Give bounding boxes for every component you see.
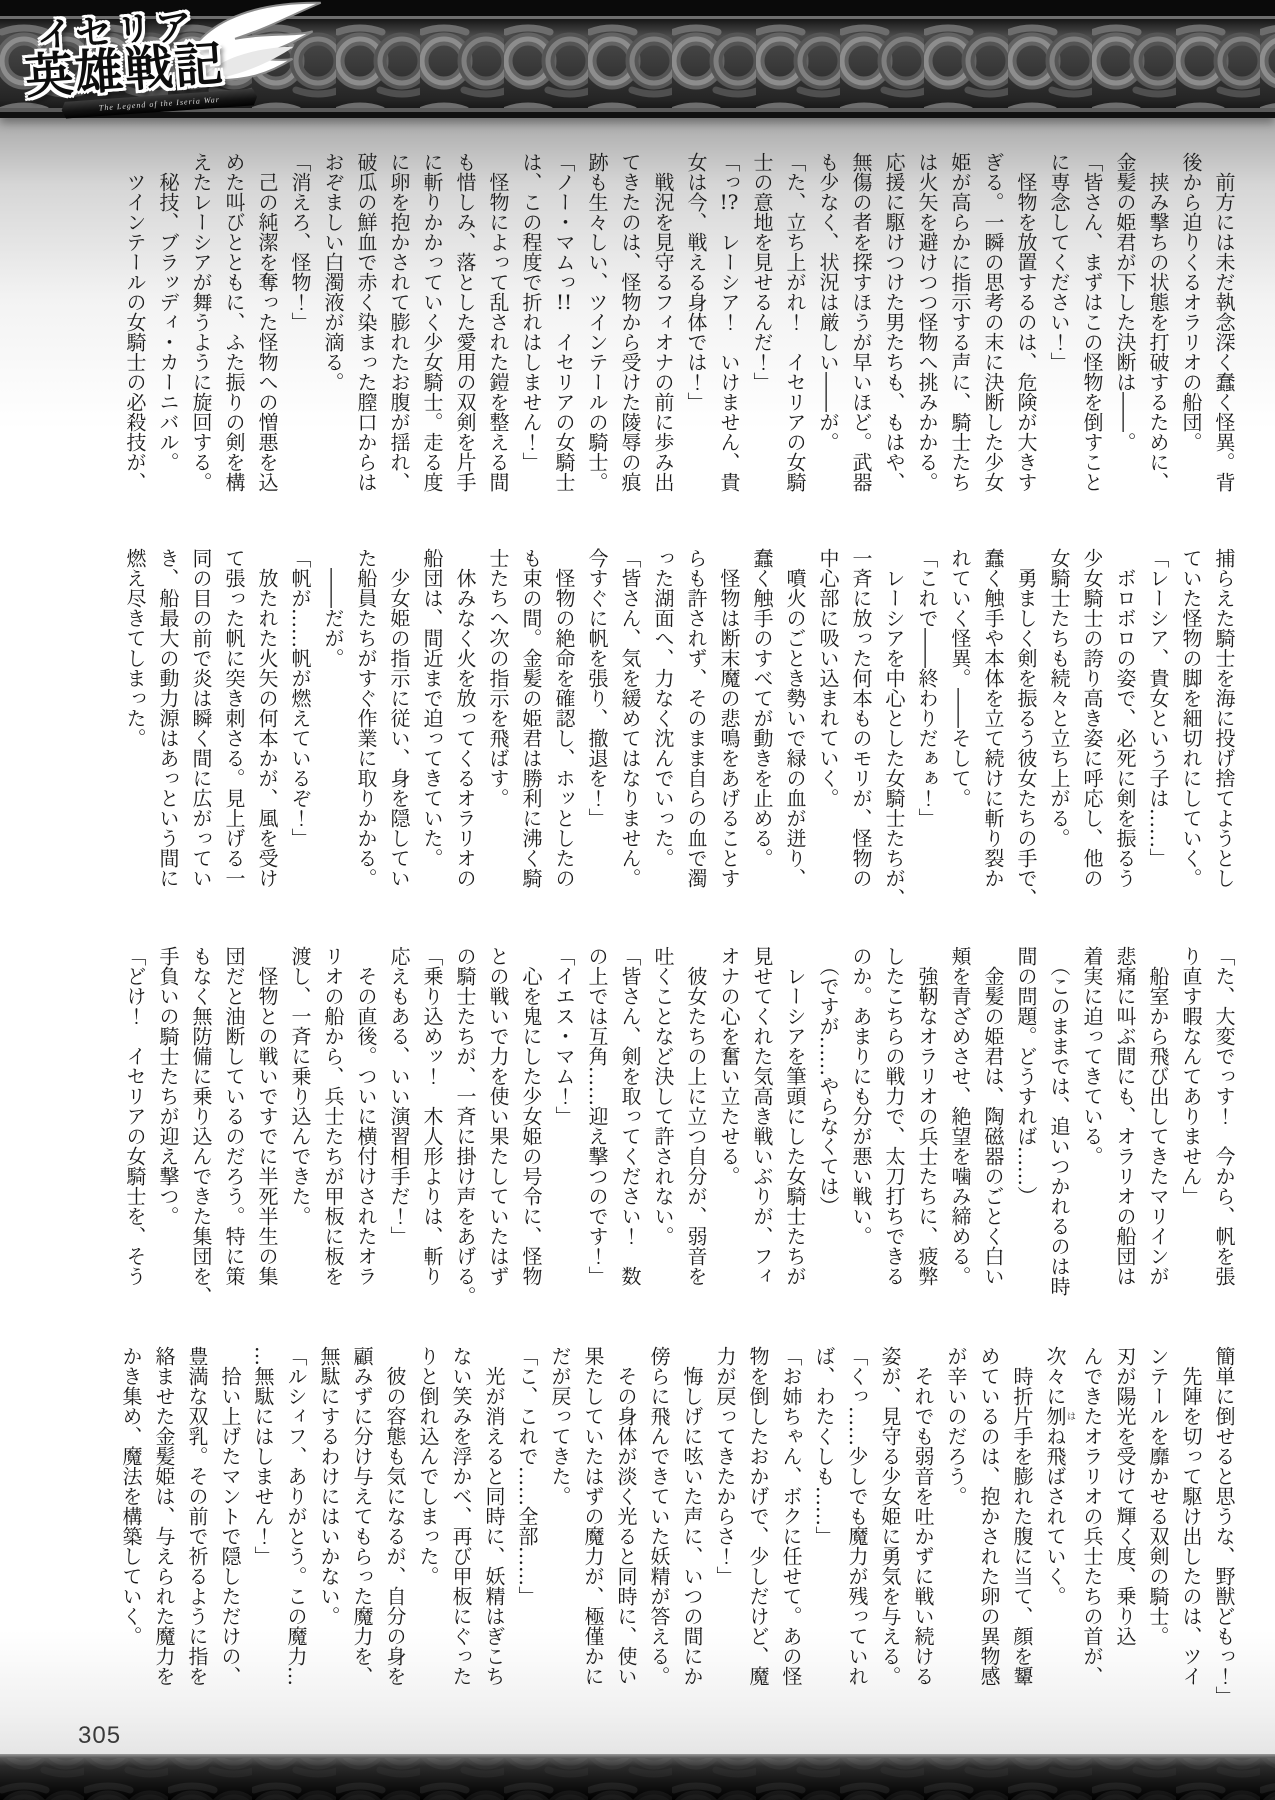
- text-column: だが戻ってきた。: [543, 1346, 576, 1714]
- text-column: らも許されず、そのまま自らの血で濁: [679, 548, 712, 916]
- text-column: れていく怪異。――そして。: [943, 548, 976, 916]
- text-column: 「皆さん、気を緩めてはなりません。: [613, 548, 646, 916]
- text-column: レーシアを中心とした女騎士たちが、: [877, 548, 910, 916]
- text-column: 応援に駆けつけた男たちも、もはや、: [877, 152, 910, 520]
- text-column: 彼女たちの上に立つ自分が、弱音を: [679, 946, 712, 1314]
- text-column: 中心部に吸い込まれていく。: [811, 548, 844, 916]
- text-band-2: 捕らえた騎士を海に投げ捨てようとしていた怪物の脚を細切れにしていく。「レーシア、…: [118, 548, 1240, 916]
- text-column: 渡し、一斉に乗り込んできた。: [283, 946, 316, 1314]
- text-column: 応えもある、いい演習相手だ！」: [382, 946, 415, 1314]
- text-column: 絡ませた金髪姫は、与えられた魔力を: [147, 1346, 180, 1714]
- text-column: 船団は、間近まで迫ってきていた。: [415, 548, 448, 916]
- text-column: リオの船から、兵士たちが甲板に板を: [316, 946, 349, 1314]
- text-column: 時折片手を膨れた腹に当て、顔を顰: [1005, 1346, 1038, 1714]
- footer-ornament-band: [0, 1754, 1275, 1800]
- text-column: 「帆が……帆が燃えているぞ！」: [283, 548, 316, 916]
- text-column: 怪物を放置するのは、危険が大きす: [1009, 152, 1042, 520]
- text-column: 吐くことなど決して許されない。: [646, 946, 679, 1314]
- text-column: 金髪の姫君は、陶磁器のごとく白い: [976, 946, 1009, 1314]
- text-column: 「お姉ちゃん、ボクに任せて。あの怪: [774, 1346, 807, 1714]
- text-column: 蠢く触手や本体を立て続けに斬り裂か: [976, 548, 1009, 916]
- text-column: 「これで――終わりだぁぁ！」: [910, 548, 943, 916]
- text-column: えたレーシアが舞うように旋回する。: [184, 152, 217, 520]
- text-column: 怪物によって乱された鎧を整える間: [481, 152, 514, 520]
- series-logo: イセリア 英雄戦記 The Legend of the Iseria War: [21, 0, 361, 169]
- text-column: 次々に刎はね飛ばされていく。: [1038, 1346, 1075, 1714]
- text-band-1: 前方には未だ執念深く蠢く怪異。背後から迫りくるオラリオの船団。 挟み撃ちの状態を…: [118, 152, 1240, 520]
- text-column: かき集め、魔法を構築していく。: [114, 1346, 147, 1714]
- text-column: 物を倒したおかげで、少しだけど、魔: [741, 1346, 774, 1714]
- text-column: 捕らえた騎士を海に投げ捨てようとし: [1207, 548, 1240, 916]
- text-column: 放たれた火矢の何本かが、風を受け: [250, 548, 283, 916]
- text-column: 着実に迫ってきている。: [1075, 946, 1108, 1314]
- text-column: 先陣を切って駆け出したのは、ツイ: [1174, 1346, 1207, 1714]
- text-column: 怪物との戦いですでに半死半生の集: [250, 946, 283, 1314]
- text-column: 「レーシア、貴女という子は……」: [1141, 548, 1174, 916]
- text-column: との戦いで力を使い果たしていたはず: [481, 946, 514, 1314]
- text-column: 姫が高らかに指示する声に、騎士たち: [943, 152, 976, 520]
- text-column: に卵を抱かされて膨れたお腹が揺れ、: [382, 152, 415, 520]
- text-column: った湖面へ、力なく沈んでいった。: [646, 548, 679, 916]
- text-column: 強靭なオラリオの兵士たちに、疲弊: [910, 946, 943, 1314]
- text-column: ば、わたくしも……」: [807, 1346, 840, 1714]
- text-column: 彼の容態も気になるが、自分の身を: [378, 1346, 411, 1714]
- text-column: 「イエス・マム！」: [547, 946, 580, 1314]
- text-column: 「ルシィフ、ありがとう。この魔力…: [279, 1346, 312, 1714]
- text-column: 戦況を見守るフィオナの前に歩み出: [646, 152, 679, 520]
- text-column: り直す暇なんてありません」: [1174, 946, 1207, 1314]
- text-column: …無駄にはしません！」: [246, 1346, 279, 1714]
- text-column: 「皆さん、まずはこの怪物を倒すこと: [1075, 152, 1108, 520]
- text-column: 刃が陽光を受けて輝く度、乗り込: [1108, 1346, 1141, 1714]
- text-column: 拾い上げたマントで隠しただけの、: [213, 1346, 246, 1714]
- text-column: 力が戻ってきたからさ！」: [708, 1346, 741, 1714]
- text-column: ない笑みを浮かべ、再び甲板にぐった: [444, 1346, 477, 1714]
- text-column: 見せてくれた気高き戦いぶりが、フィ: [745, 946, 778, 1314]
- text-column: 休みなく火を放ってくるオラリオの: [448, 548, 481, 916]
- text-column: 簡単に倒せると思うな、野獣どもっ！」: [1207, 1346, 1240, 1714]
- text-column: 秘技、ブラッディ・カーニバル。: [151, 152, 184, 520]
- text-column: もなく無防備に乗り込んできた集団を、: [184, 946, 217, 1314]
- text-column: て張った帆に突き刺さる。見上げる一: [217, 548, 250, 916]
- text-column: 船室から飛び出してきたマリインが: [1141, 946, 1174, 1314]
- text-column: 豊満な双乳。その前で祈るように指を: [180, 1346, 213, 1714]
- text-column: それでも弱音を吐かずに戦い続ける: [906, 1346, 939, 1714]
- text-column: 同の目の前で炎は瞬く間に広がってい: [184, 548, 217, 916]
- text-column: オナの心を奮い立たせる。: [712, 946, 745, 1314]
- text-column: 果たしていたはずの魔力が、極僅かに: [576, 1346, 609, 1714]
- text-column: 「消えろ、怪物！」: [283, 152, 316, 520]
- page-number: 305: [78, 1722, 121, 1750]
- text-column: の上では互角……迎え撃つのです！」: [580, 946, 613, 1314]
- text-column: 頬を青ざめさせ、絶望を噛み締める。: [943, 946, 976, 1314]
- text-column: （ですが……やらなくては）: [811, 946, 844, 1314]
- text-column: めているのは、抱かされた卵の異物感: [972, 1346, 1005, 1714]
- text-column: ボロボロの姿で、必死に剣を振るう: [1108, 548, 1141, 916]
- text-column: 「乗り込めッ！ 木人形よりは、斬り: [415, 946, 448, 1314]
- text-column: 「皆さん、剣を取ってください！ 数: [613, 946, 646, 1314]
- text-column: 間の問題。どうすれば……）: [1009, 946, 1042, 1314]
- text-column: 光が消えると同時に、妖精はぎこち: [477, 1346, 510, 1714]
- text-column: 「た、立ち上がれ！ イセリアの女騎: [778, 152, 811, 520]
- text-column: 挟み撃ちの状態を打破するために、: [1141, 152, 1174, 520]
- text-column: おぞましい白濁液が滴る。: [316, 152, 349, 520]
- text-column: 跡も生々しい、ツインテールの騎士。: [580, 152, 613, 520]
- text-column: 団だと油断しているのだろう。特に策: [217, 946, 250, 1314]
- text-column: めた叫びとともに、ふた振りの剣を構: [217, 152, 250, 520]
- text-column: 顧みずに分け与えてもらった魔力を、: [345, 1346, 378, 1714]
- text-column: 士の意地を見せるんだ！」: [745, 152, 778, 520]
- text-column: てきたのは、怪物から受けた陵辱の痕: [613, 152, 646, 520]
- text-column: 怪物は断末魔の悲鳴をあげることす: [712, 548, 745, 916]
- text-column: 後から迫りくるオラリオの船団。: [1174, 152, 1207, 520]
- text-column: ンテールを靡かせる双剣の騎士。: [1141, 1346, 1174, 1714]
- text-column: 少女騎士の誇り高き姿に呼応し、他の: [1075, 548, 1108, 916]
- text-column: ていた怪物の脚を細切れにしていく。: [1174, 548, 1207, 916]
- text-band-4: 簡単に倒せると思うな、野獣どもっ！」 先陣を切って駆け出したのは、ツインテールを…: [114, 1346, 1240, 1714]
- text-column: 傍らに飛んできていた妖精が答える。: [642, 1346, 675, 1714]
- text-column: 「こ、これで……全部……」: [510, 1346, 543, 1714]
- text-column: 金髪の姫君が下した決断は――。: [1108, 152, 1141, 520]
- text-column: は、この程度で折れはしません！」: [514, 152, 547, 520]
- text-column: た船員たちがすぐ作業に取りかかる。: [349, 548, 382, 916]
- text-column: 前方には未だ執念深く蠢く怪異。背: [1207, 152, 1240, 520]
- text-column: も少なく、状況は厳しい――が。: [811, 152, 844, 520]
- text-column: 心を鬼にした少女姫の号令に、怪物: [514, 946, 547, 1314]
- text-column: んできたオラリオの兵士たちの首が、: [1075, 1346, 1108, 1714]
- text-column: りと倒れ込んでしまった。: [411, 1346, 444, 1714]
- text-column: 蠢く触手のすべてが動きを止める。: [745, 548, 778, 916]
- text-column: 一斉に放った何本ものモリが、怪物の: [844, 548, 877, 916]
- text-column: ――だが。: [316, 548, 349, 916]
- text-column: 女騎士たちも続々と立ち上がる。: [1042, 548, 1075, 916]
- text-column: 女は今、戦える身体では！」: [679, 152, 712, 520]
- text-column: に斬りかかっていく少女騎士。走る度: [415, 152, 448, 520]
- text-column: 今すぐに帆を張り、撤退を！」: [580, 548, 613, 916]
- text-column: 「くっ……少しでも魔力が残っていれ: [840, 1346, 873, 1714]
- text-column: 士たちへ次の指示を飛ばす。: [481, 548, 514, 916]
- text-column: 「っ!? レーシア！ いけません、貴: [712, 152, 745, 520]
- text-column: 破瓜の鮮血で赤く染まった膣口からは: [349, 152, 382, 520]
- text-column: のか。あまりにも分が悪い戦い。: [844, 946, 877, 1314]
- text-column: に専念してください！」: [1042, 152, 1075, 520]
- text-column: 怪物の絶命を確認し、ホッとしたの: [547, 548, 580, 916]
- text-column: （このままでは、追いつかれるのは時: [1042, 946, 1075, 1314]
- text-column: が辛いのだろう。: [939, 1346, 972, 1714]
- text-column: も束の間。金髪の姫君は勝利に沸く騎: [514, 548, 547, 916]
- text-column: は火矢を避けつつ怪物へ挑みかかる。: [910, 152, 943, 520]
- text-column: その直後。ついに横付けされたオラ: [349, 946, 382, 1314]
- text-column: レーシアを筆頭にした女騎士たちが: [778, 946, 811, 1314]
- text-column: き、船最大の動力源はあっという間に: [151, 548, 184, 916]
- text-column: も惜しみ、落とした愛用の双剣を片手: [448, 152, 481, 520]
- footer-knot-pattern: [0, 1758, 1275, 1800]
- text-column: ツインテールの女騎士の必殺技が、: [118, 152, 151, 520]
- text-column: 噴火のごとき勢いで緑の血が迸り、: [778, 548, 811, 916]
- text-column: 無傷の者を探すほうが早いほど。武器: [844, 152, 877, 520]
- text-column: 燃え尽きてしまった。: [118, 548, 151, 916]
- book-page: イセリア 英雄戦記 The Legend of the Iseria War 前…: [0, 0, 1275, 1800]
- text-column: 勇ましく剣を振るう彼女たちの手で、: [1009, 548, 1042, 916]
- text-column: 「ノー・マムっ!! イセリアの女騎士: [547, 152, 580, 520]
- text-column: 無駄にするわけにはいかない。: [312, 1346, 345, 1714]
- text-column: その身体が淡く光ると同時に、使い: [609, 1346, 642, 1714]
- text-column: 己の純潔を奪った怪物への憎悪を込: [250, 152, 283, 520]
- text-column: の騎士たちが、一斉に掛け声をあげる。: [448, 946, 481, 1314]
- text-band-3: 「た、大変でっす！ 今から、帆を張り直す暇なんてありません」 船室から飛び出して…: [118, 946, 1240, 1314]
- text-column: したこちらの戦力で、太刀打ちできる: [877, 946, 910, 1314]
- text-column: 「た、大変でっす！ 今から、帆を張: [1207, 946, 1240, 1314]
- text-column: 「どけ！ イセリアの女騎士を、そう: [118, 946, 151, 1314]
- text-column: 悲痛に叫ぶ間にも、オラリオの船団は: [1108, 946, 1141, 1314]
- text-column: 姿が、見守る少女姫に勇気を与える。: [873, 1346, 906, 1714]
- text-column: ぎる。一瞬の思考の末に決断した少女: [976, 152, 1009, 520]
- text-column: 手負いの騎士たちが迎え撃つ。: [151, 946, 184, 1314]
- text-column: 悔しげに呟いた声に、いつの間にか: [675, 1346, 708, 1714]
- text-column: 少女姫の指示に従い、身を隠してい: [382, 548, 415, 916]
